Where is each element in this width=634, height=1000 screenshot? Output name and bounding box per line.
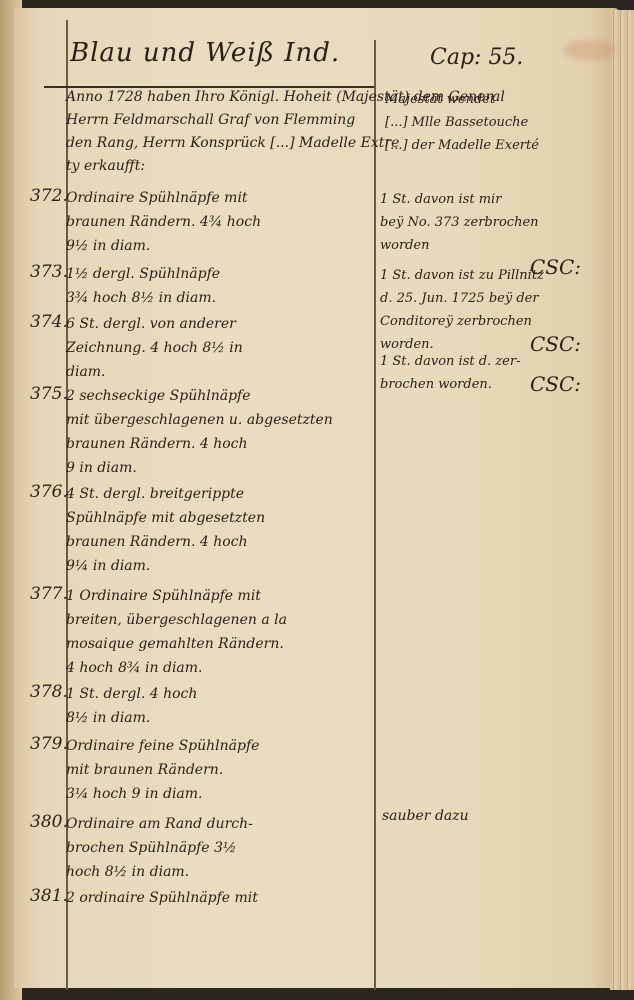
entry-line: 9½ in diam. [66,234,261,258]
right-header-line: [...] der Madelle Exerté [385,134,539,157]
entry-line: brochen Spühlnäpfe 3½ [66,836,253,860]
entry-number: 381. [30,886,68,906]
entry-line: hoch 8½ in diam. [66,860,253,884]
page-edges [610,10,634,990]
annotation-line: d. 25. Jun. 1725 beÿ der [380,287,581,310]
annotation-line: worden [380,234,581,257]
entry-number: 378. [30,682,68,702]
column-divider-rule [374,40,376,990]
paper-stain [565,40,615,60]
entry-375: 2 sechseckige Spühlnäpfe mit übergeschla… [66,384,333,480]
annotation-line: 1 St. davon ist zu Pillnitz [380,264,581,287]
entry-line: Zeichnung. 4 hoch 8½ in [66,336,243,360]
entry-line: 1½ dergl. Spühlnäpfe [66,262,220,286]
entry-line: 8½ in diam. [66,706,197,730]
entry-number: 380. [30,812,68,832]
entry-line: 2 sechseckige Spühlnäpfe [66,384,333,408]
right-header-text: Majestät wendet [...] Mlle Bassetouche [… [385,88,539,157]
entry-line: Ordinaire feine Spühlnäpfe [66,734,259,758]
entry-number: 374. [30,312,68,332]
entry-line: breiten, übergeschlagenen a la [66,608,287,632]
entry-number: 377. [30,584,68,604]
annotation-line: beÿ No. 373 zerbrochen [380,211,581,234]
entry-line: 4 hoch 8¾ in diam. [66,656,287,680]
entry-line: mit übergeschlagenen u. abgesetzten [66,408,333,432]
annotation-3: 1 St. davon ist d. zer- brochen worden. … [380,350,581,394]
entry-number: 372. [30,186,68,206]
page-title: Blau und Weiß Ind. [70,38,340,68]
annotation-2: 1 St. davon ist zu Pillnitz d. 25. Jun. … [380,264,581,354]
entry-line: Ordinaire Spühlnäpfe mit [66,186,261,210]
annotation-line: 1 St. davon ist mir [380,188,581,211]
entry-line: 9 in diam. [66,456,333,480]
entry-377: 1 Ordinaire Spühlnäpfe mit breiten, über… [66,584,287,680]
entry-line: 1 Ordinaire Spühlnäpfe mit [66,584,287,608]
entry-number: 376. [30,482,68,502]
entry-line: 1 St. dergl. 4 hoch [66,682,197,706]
entry-379: Ordinaire feine Spühlnäpfe mit braunen R… [66,734,259,806]
entry-380: Ordinaire am Rand durch- brochen Spühlnä… [66,812,253,884]
right-header-line: [...] Mlle Bassetouche [385,111,539,134]
entry-number: 373. [30,262,68,282]
entry-376: 4 St. dergl. breitgerippte Spühlnäpfe mi… [66,482,265,578]
entry-372: Ordinaire Spühlnäpfe mit braunen Rändern… [66,186,261,258]
chapter-label: Cap: 55. [430,45,523,70]
right-header-line: Majestät wendet [385,88,539,111]
entry-line: 2 ordinaire Spühlnäpfe mit [66,886,258,910]
entry-378: 1 St. dergl. 4 hoch 8½ in diam. [66,682,197,730]
entry-381: 2 ordinaire Spühlnäpfe mit [66,886,258,910]
entry-number: 379. [30,734,68,754]
entry-line: braunen Rändern. 4 hoch [66,432,333,456]
margin-note-380: sauber dazu [382,808,469,824]
entry-line: 3¼ hoch 9 in diam. [66,782,259,806]
entry-number: 375. [30,384,68,404]
entry-374: 6 St. dergl. von anderer Zeichnung. 4 ho… [66,312,243,384]
intro-line: ty erkaufft: [66,155,505,178]
annotation-line: 1 St. davon ist d. zer- [380,350,581,373]
entry-line: 6 St. dergl. von anderer [66,312,243,336]
entry-line: mosaique gemahlten Rändern. [66,632,287,656]
entry-line: 3¾ hoch 8½ in diam. [66,286,220,310]
entry-line: diam. [66,360,243,384]
entry-line: Spühlnäpfe mit abgesetzten [66,506,265,530]
entry-line: 4 St. dergl. breitgerippte [66,482,265,506]
annotation-line: Conditoreÿ zerbrochen [380,310,581,333]
entry-line: mit braunen Rändern. [66,758,259,782]
entry-line: Ordinaire am Rand durch- [66,812,253,836]
entry-line: braunen Rändern. 4¾ hoch [66,210,261,234]
entry-line: braunen Rändern. 4 hoch [66,530,265,554]
entry-line: 9¼ in diam. [66,554,265,578]
entry-373: 1½ dergl. Spühlnäpfe 3¾ hoch 8½ in diam. [66,262,220,310]
